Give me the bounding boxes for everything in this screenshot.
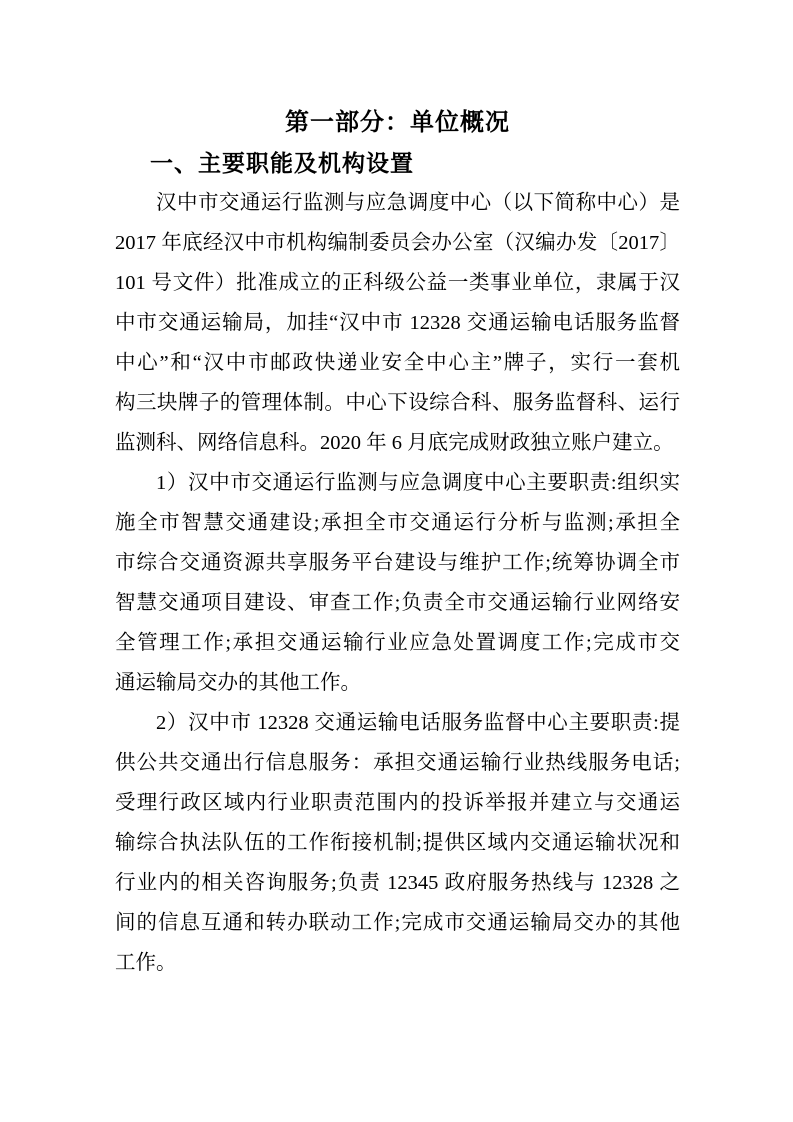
document-title: 第一部分：单位概况 <box>115 103 680 143</box>
paragraph: 2）汉中市 12328 交通运输电话服务监督中心主要职责:提供公共交通出行信息服… <box>115 703 680 983</box>
text-line: 101 号文件）批准成立的正科级公益一类事业单位，隶属于汉 <box>115 263 680 303</box>
text-line: 中心”和“汉中市邮政快递业安全中心主”牌子，实行一套机 <box>115 343 680 383</box>
text-line: 行业内的相关咨询服务;负责 12345 政府服务热线与 12328 之 <box>115 863 680 903</box>
text-line: 中市交通运输局，加挂“汉中市 12328 交通运输电话服务监督 <box>115 303 680 343</box>
text-line: 构三块牌子的管理体制。中心下设综合科、服务监督科、运行 <box>115 383 680 423</box>
document-page: 第一部分：单位概况 一、主要职能及机构设置 汉中市交通运行监测与应急调度中心（以… <box>0 0 793 1122</box>
paragraphs-container: 汉中市交通运行监测与应急调度中心（以下简称中心）是2017 年底经汉中市机构编制… <box>115 183 680 983</box>
text-line: 汉中市交通运行监测与应急调度中心（以下简称中心）是 <box>115 183 680 223</box>
text-line: 供公共交通出行信息服务：承担交通运输行业热线服务电话; <box>115 743 680 783</box>
text-line: 输综合执法队伍的工作衔接机制;提供区域内交通运输状况和 <box>115 823 680 863</box>
text-line: 智慧交通项目建设、审查工作;负责全市交通运输行业网络安 <box>115 583 680 623</box>
document-content: 第一部分：单位概况 一、主要职能及机构设置 汉中市交通运行监测与应急调度中心（以… <box>115 103 680 983</box>
section-heading: 一、主要职能及机构设置 <box>115 143 680 183</box>
text-line: 受理行政区域内行业职责范围内的投诉举报并建立与交通运 <box>115 783 680 823</box>
text-line: 1）汉中市交通运行监测与应急调度中心主要职责:组织实 <box>115 463 680 503</box>
text-line: 间的信息互通和转办联动工作;完成市交通运输局交办的其他 <box>115 903 680 943</box>
text-line: 全管理工作;承担交通运输行业应急处置调度工作;完成市交 <box>115 623 680 663</box>
text-line: 2017 年底经汉中市机构编制委员会办公室（汉编办发〔2017〕 <box>115 223 680 263</box>
text-line: 市综合交通资源共享服务平台建设与维护工作;统筹协调全市 <box>115 543 680 583</box>
text-line: 2）汉中市 12328 交通运输电话服务监督中心主要职责:提 <box>115 703 680 743</box>
paragraph: 汉中市交通运行监测与应急调度中心（以下简称中心）是2017 年底经汉中市机构编制… <box>115 183 680 463</box>
text-line: 施全市智慧交通建设;承担全市交通运行分析与监测;承担全 <box>115 503 680 543</box>
text-line: 工作。 <box>115 943 680 983</box>
paragraph: 1）汉中市交通运行监测与应急调度中心主要职责:组织实施全市智慧交通建设;承担全市… <box>115 463 680 703</box>
text-line: 监测科、网络信息科。2020 年 6 月底完成财政独立账户建立。 <box>115 423 680 463</box>
text-line: 通运输局交办的其他工作。 <box>115 663 680 703</box>
